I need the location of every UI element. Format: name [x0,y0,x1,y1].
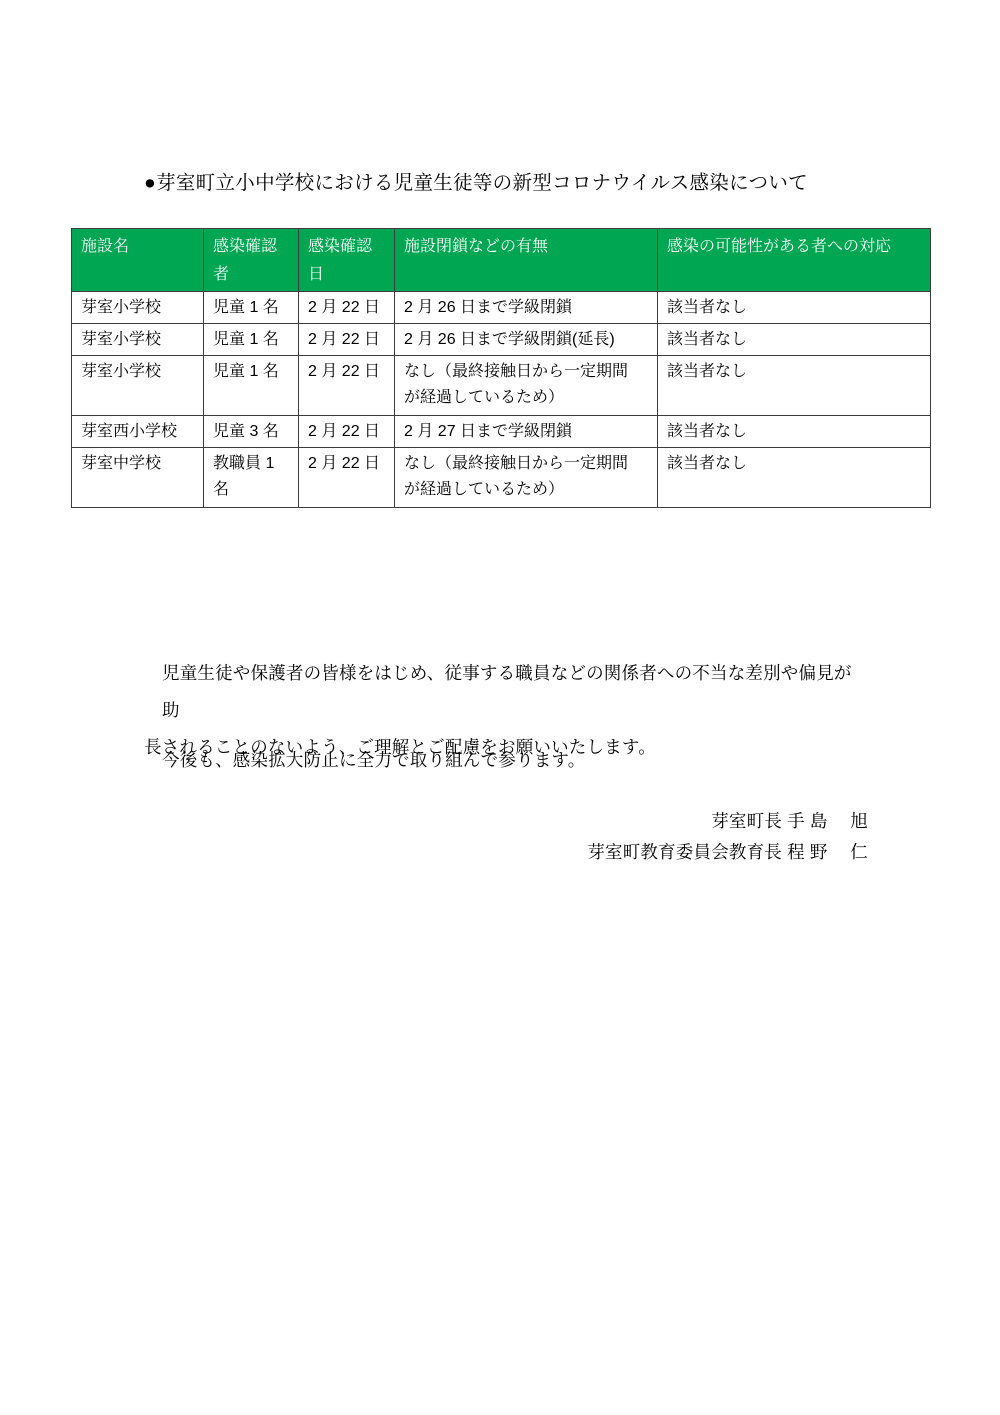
table-cell: 該当者なし [658,356,931,416]
table-cell: 児童 3 名 [204,416,299,448]
column-header-response: 感染の可能性がある者への対応 [658,229,931,292]
table-cell: 芽室西小学校 [72,416,204,448]
table-cell: 芽室小学校 [72,356,204,416]
table-cell: 2 月 22 日 [299,416,395,448]
signature-block: 芽室町長 手 島 旭 芽室町教育委員会教育長 程 野 仁 [144,806,868,868]
signature-mayor: 芽室町長 手 島 旭 [144,806,868,837]
table-cell: 児童 1 名 [204,292,299,324]
table-cell: 該当者なし [658,416,931,448]
column-header-confirmed-date: 感染確認 日 [299,229,395,292]
table-cell: 2 月 22 日 [299,356,395,416]
signature-superintendent: 芽室町教育委員会教育長 程 野 仁 [144,837,868,868]
table-row: 芽室小学校 児童 1 名 2 月 22 日 なし（最終接触日から一定期間 が経過… [72,356,931,416]
table-cell: 2 月 27 日まで学級閉鎖 [395,416,658,448]
table-cell: 芽室小学校 [72,292,204,324]
column-header-closure: 施設閉鎖などの有無 [395,229,658,292]
table-cell: 児童 1 名 [204,324,299,356]
commitment-paragraph-line1: 今後も、感染拡大防止に全力で取り組んで参ります。 [144,742,868,779]
table-cell: 2 月 26 日まで学級閉鎖(延長) [395,324,658,356]
table-cell: 芽室中学校 [72,448,204,508]
table-row: 芽室西小学校 児童 3 名 2 月 22 日 2 月 27 日まで学級閉鎖 該当… [72,416,931,448]
table-cell: 該当者なし [658,448,931,508]
table-cell: 芽室小学校 [72,324,204,356]
table-row: 芽室小学校 児童 1 名 2 月 22 日 2 月 26 日まで学級閉鎖 該当者… [72,292,931,324]
notice-paragraph-line1: 児童生徒や保護者の皆様をはじめ、従事する職員などの関係者への不当な差別や偏見が助 [144,655,868,729]
table-cell: 該当者なし [658,324,931,356]
table-row: 芽室小学校 児童 1 名 2 月 22 日 2 月 26 日まで学級閉鎖(延長)… [72,324,931,356]
table-row: 芽室中学校 教職員 1 名 2 月 22 日 なし（最終接触日から一定期間 が経… [72,448,931,508]
column-header-confirmed-person: 感染確認 者 [204,229,299,292]
document-page: ●芽室町立小中学校における児童生徒等の新型コロナウイルス感染について 施設名 感… [0,0,1000,1415]
table-cell: 教職員 1 名 [204,448,299,508]
table-cell: 児童 1 名 [204,356,299,416]
table-cell: 2 月 22 日 [299,448,395,508]
infection-table: 施設名 感染確認 者 感染確認 日 施設閉鎖などの有無 感染の可能性がある者への… [71,228,931,508]
document-title: ●芽室町立小中学校における児童生徒等の新型コロナウイルス感染について [144,171,808,195]
table-cell: 2 月 22 日 [299,324,395,356]
table-cell: なし（最終接触日から一定期間 が経過しているため） [395,448,658,508]
table-cell: なし（最終接触日から一定期間 が経過しているため） [395,356,658,416]
table-header-row: 施設名 感染確認 者 感染確認 日 施設閉鎖などの有無 感染の可能性がある者への… [72,229,931,292]
column-header-facility: 施設名 [72,229,204,292]
table-cell: 2 月 22 日 [299,292,395,324]
table-cell: 2 月 26 日まで学級閉鎖 [395,292,658,324]
commitment-paragraph: 今後も、感染拡大防止に全力で取り組んで参ります。 [144,742,868,779]
table-cell: 該当者なし [658,292,931,324]
